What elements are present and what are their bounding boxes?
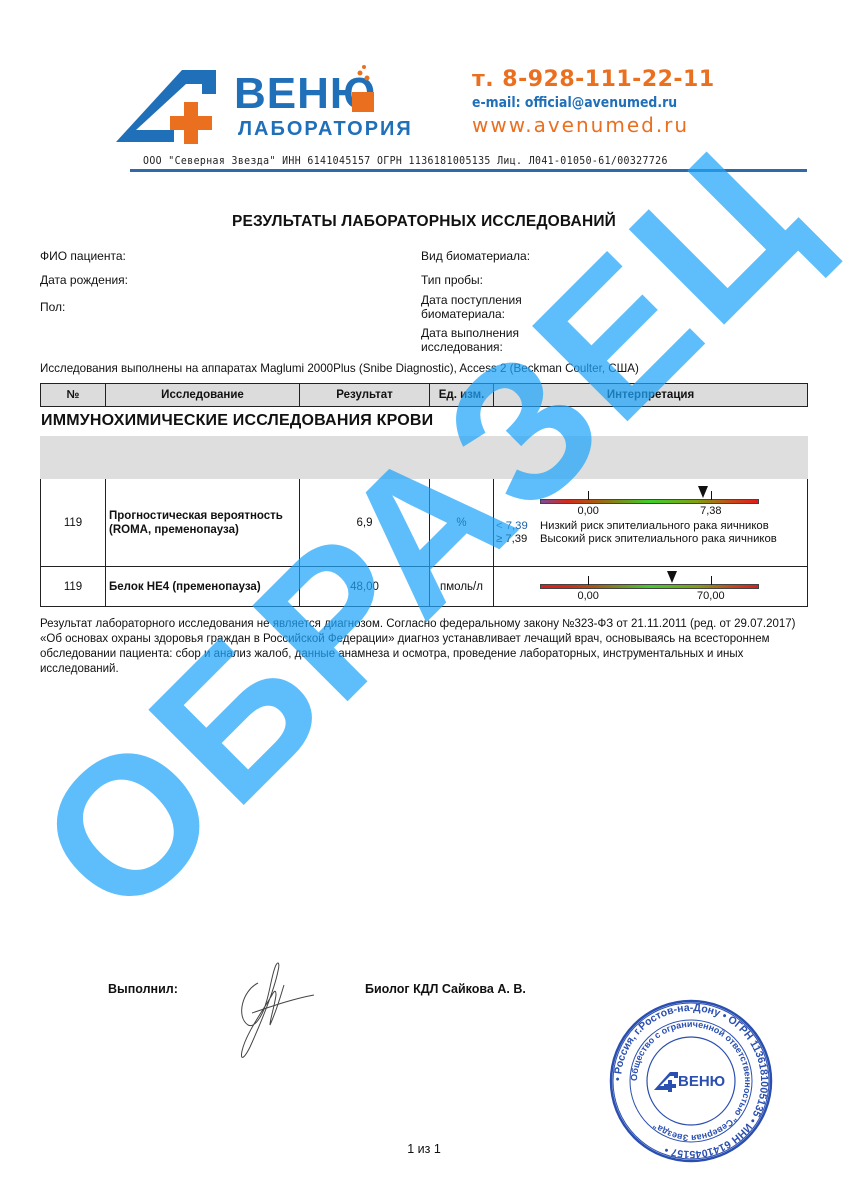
birth-date-label: Дата рождения: bbox=[40, 273, 128, 287]
flask-icon bbox=[348, 64, 378, 114]
scale-tick-label: 0,00 bbox=[577, 505, 598, 517]
header-result: Результат bbox=[300, 384, 430, 406]
row-test-name: Прогностическая вероятность (ROMA, преме… bbox=[106, 479, 300, 566]
interpretation-desc: Высокий риск эпителиального рака яичнико… bbox=[540, 533, 777, 545]
results-table-header: № Исследование Результат Ед. изм. Интерп… bbox=[40, 383, 808, 407]
threshold: < 7,39 bbox=[496, 520, 540, 533]
interpretation-desc: Низкий риск эпителиального рака яичников bbox=[540, 520, 769, 532]
header-divider bbox=[130, 169, 807, 172]
row-interpretation: 0,007,38 < 7,39Низкий риск эпителиальног… bbox=[494, 479, 807, 566]
row-number: 119 bbox=[41, 567, 106, 606]
row-number: 119 bbox=[41, 479, 106, 566]
row-interpretation: 0,0070,00 bbox=[494, 567, 807, 606]
table-row: 119 Прогностическая вероятность (ROMA, п… bbox=[40, 479, 808, 567]
lab-logo: ВЕНЮ ЛАБОРАТОРИЯ bbox=[112, 64, 452, 146]
scale-tick bbox=[711, 576, 712, 585]
header-unit: Ед. изм. bbox=[430, 384, 494, 406]
company-requisites: ООО "Северная Звезда" ИНН 6141045157 ОГР… bbox=[143, 155, 668, 167]
interpretation-line: < 7,39Низкий риск эпителиального рака яи… bbox=[496, 520, 806, 533]
receipt-date-label: Дата поступления биоматериала: bbox=[421, 293, 522, 321]
header-test: Исследование bbox=[106, 384, 300, 406]
row-test-name: Белок HE4 (пременопауза) bbox=[106, 567, 300, 606]
scale-tick bbox=[588, 576, 589, 585]
section-title: ИММУНОХИМИЧЕСКИЕ ИССЛЕДОВАНИЯ КРОВИ bbox=[41, 412, 433, 430]
sample-type-label: Тип пробы: bbox=[421, 273, 483, 287]
equipment-note: Исследования выполнены на аппаратах Magl… bbox=[40, 362, 639, 375]
row-result: 6,9 bbox=[300, 479, 430, 566]
email-address: e-mail: official@avenumed.ru bbox=[472, 93, 730, 113]
performed-by-label: Выполнил: bbox=[108, 982, 178, 996]
group-band bbox=[40, 436, 808, 479]
result-marker-icon bbox=[667, 571, 677, 583]
patient-fio-label: ФИО пациента: bbox=[40, 249, 126, 263]
scale-tick-label: 70,00 bbox=[697, 590, 725, 602]
row-result: 48,00 bbox=[300, 567, 430, 606]
phone-number: т. 8-928-111-22-11 bbox=[472, 67, 772, 93]
biomaterial-type-label: Вид биоматериала: bbox=[421, 249, 530, 263]
scale-tick bbox=[588, 491, 589, 500]
performer-name: Биолог КДЛ Сайкова А. В. bbox=[365, 982, 526, 996]
brand-subtitle: ЛАБОРАТОРИЯ bbox=[238, 118, 413, 140]
table-row: 119 Белок HE4 (пременопауза) 48,00 пмоль… bbox=[40, 567, 808, 607]
scale-tick-label: 7,38 bbox=[700, 505, 721, 517]
completion-date-label: Дата выполнения исследования: bbox=[421, 326, 519, 354]
scale-tick bbox=[711, 491, 712, 500]
threshold: ≥ 7,39 bbox=[496, 533, 540, 546]
header-interpretation: Интерпретация bbox=[494, 384, 807, 406]
stamp-center: ВЕНЮ bbox=[678, 1073, 725, 1090]
scale-bar bbox=[540, 499, 759, 504]
header-number: № bbox=[41, 384, 106, 406]
scale-bar bbox=[540, 584, 759, 589]
scale-tick-label: 0,00 bbox=[577, 590, 598, 602]
logo-a-plus-icon bbox=[112, 64, 242, 146]
page-number: 1 из 1 bbox=[0, 1142, 848, 1156]
row-unit: пмоль/л bbox=[430, 567, 494, 606]
interpretation-line: ≥ 7,39Высокий риск эпителиального рака я… bbox=[496, 533, 806, 546]
company-stamp-icon: • Россия, г.Ростов-на-Дону • ОГРН 113618… bbox=[608, 998, 774, 1164]
row-unit: % bbox=[430, 479, 494, 566]
website-url: www.avenumed.ru bbox=[472, 113, 772, 137]
disclaimer-text: Результат лабораторного исследования не … bbox=[40, 617, 810, 677]
result-marker-icon bbox=[698, 486, 708, 498]
document-title: РЕЗУЛЬТАТЫ ЛАБОРАТОРНЫХ ИССЛЕДОВАНИЙ bbox=[0, 213, 848, 231]
signature-icon bbox=[230, 955, 320, 1065]
contacts-block: т. 8-928-111-22-11 e-mail: official@aven… bbox=[472, 67, 772, 137]
sex-label: Пол: bbox=[40, 300, 65, 314]
interpretation-text: < 7,39Низкий риск эпителиального рака яи… bbox=[496, 520, 806, 546]
